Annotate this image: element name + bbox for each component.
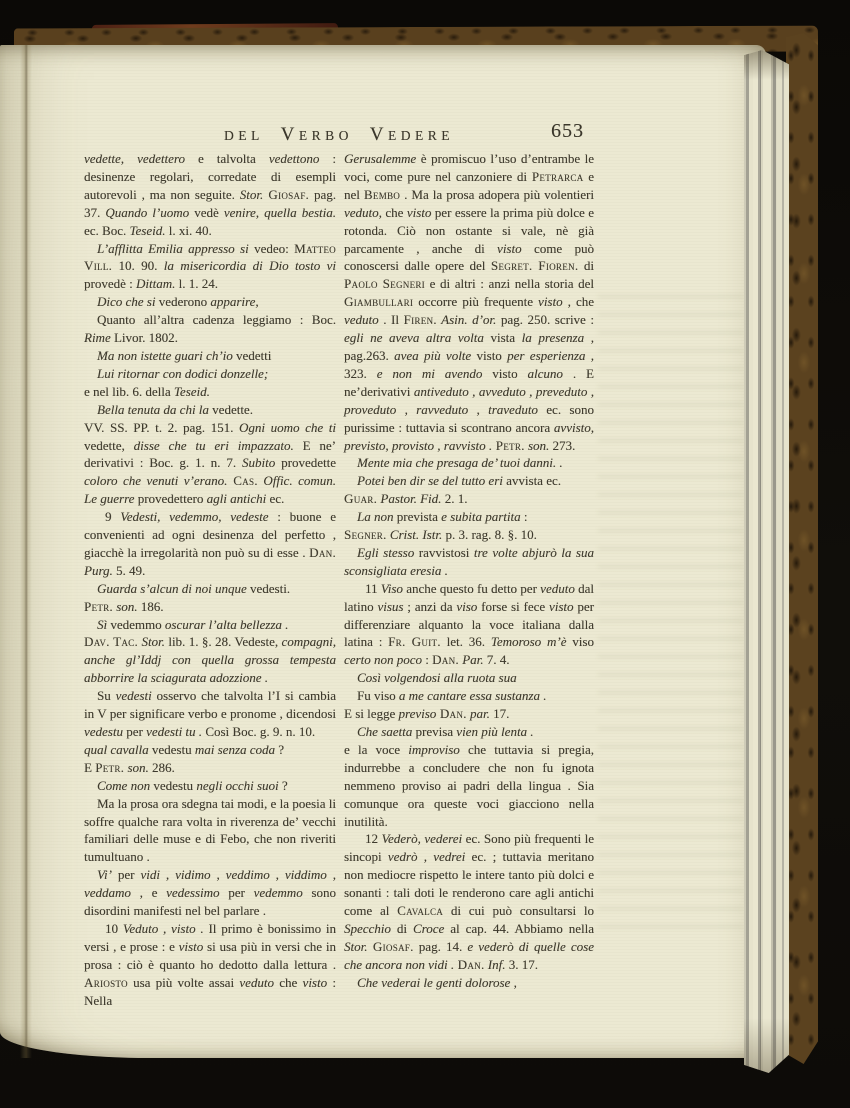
- text-segment: Segner.: [344, 527, 387, 542]
- text-segment: disse che tu eri impazzato.: [134, 438, 294, 453]
- text-segment: Dan.: [454, 957, 484, 972]
- text-segment: Così Boc. g. 9. n. 10.: [202, 724, 315, 739]
- text-segment: occorre più frequente: [413, 294, 538, 309]
- text-segment: Fu viso: [357, 688, 399, 703]
- text-segment: negli occhi suoi: [196, 778, 278, 793]
- text-segment: visto: [303, 975, 328, 990]
- text-segment: avvista ec.: [503, 473, 561, 488]
- text-segment: alcuno: [528, 366, 563, 381]
- paragraph: Potei ben dir se del tutto eri avvista e…: [344, 472, 594, 490]
- text-segment: Specchio: [344, 921, 391, 936]
- text-segment: Par.: [459, 652, 484, 667]
- text-segment: Croce: [413, 921, 444, 936]
- paragraph: Su vedesti osservo che talvolta l’I si c…: [84, 687, 336, 741]
- paragraph: E si legge previso Dan. par. 17.: [344, 705, 594, 723]
- page-number: 653: [551, 123, 584, 141]
- column-left: vedette, vedettero e talvolta vedettono …: [84, 150, 336, 1010]
- running-head: DEL VERBO VEDERE: [84, 126, 594, 145]
- text-segment: Sì: [97, 617, 107, 632]
- text-segment: 7. 4.: [484, 652, 510, 667]
- text-segment: . Il: [379, 312, 404, 327]
- text-segment: pag. 250. scrive :: [496, 312, 594, 327]
- text-segment: Lui ritornar con dodici donzelle;: [97, 366, 268, 381]
- text-segment: Viso: [381, 581, 403, 596]
- text-segment: l. xi. 40.: [165, 223, 211, 238]
- text-segment: per: [220, 885, 254, 900]
- text-segment: Temoroso m’è: [491, 634, 567, 649]
- running-head-word: VEDERE: [370, 126, 454, 145]
- text-segment: provedè :: [84, 276, 136, 291]
- text-segment: prevista: [393, 509, 441, 524]
- text-segment: Gerusalemme: [344, 151, 416, 166]
- text-segment: p. 3. rag. 8. §. 10.: [442, 527, 537, 542]
- paragraph: 10 Veduto , visto . Il primo è bonissimo…: [84, 920, 336, 1010]
- paragraph: Guarda s’alcun di noi unque vedesti.: [84, 580, 336, 598]
- paragraph: 11 Viso anche questo fu detto per veduto…: [344, 580, 594, 670]
- text-segment: Rime: [84, 330, 111, 345]
- text-segment: e talvolta: [185, 151, 269, 166]
- text-segment: Fr. Guit.: [388, 634, 441, 649]
- text-segment: vedeo:: [249, 241, 294, 256]
- text-segment: vedestu: [149, 742, 195, 757]
- text-segment: Che vederai le genti dolorose ,: [357, 975, 517, 990]
- printed-text-block: DEL VERBO VEDERE 653 vedette, vedettero …: [84, 126, 594, 145]
- text-segment: Vedesti, vedemmo, vedeste: [120, 509, 268, 524]
- text-segment: 17.: [490, 706, 510, 721]
- text-segment: son.: [113, 599, 138, 614]
- text-segment: Potei ben dir se del tutto eri: [357, 473, 503, 488]
- text-segment: Subito: [242, 455, 275, 470]
- paragraph: Che vederai le genti dolorose ,: [344, 974, 594, 992]
- text-segment: vedemmo: [107, 617, 165, 632]
- text-segment: :: [422, 652, 432, 667]
- text-segment: che: [382, 205, 407, 220]
- text-segment: pag.263.: [344, 348, 394, 363]
- text-segment: visto ,: [538, 294, 571, 309]
- paragraph: Petr. son. 186.: [84, 598, 336, 616]
- text-segment: forse si fece: [477, 599, 549, 614]
- text-segment: Così volgendosi alla ruota sua: [357, 670, 517, 685]
- text-segment: Giosaf.: [367, 939, 413, 954]
- book-cover-right-edge: [786, 33, 818, 1064]
- text-segment: . Ma la prosa adopera più volentieri: [400, 187, 594, 202]
- text-segment: Firen.: [404, 312, 437, 327]
- text-segment: Bembo: [364, 187, 400, 202]
- text-segment: apparire,: [210, 294, 258, 309]
- text-segment: vederono: [155, 294, 210, 309]
- text-segment: Dav. Tac.: [84, 634, 138, 649]
- text-segment: :: [521, 509, 528, 524]
- text-segment: mai senza coda: [195, 742, 275, 757]
- text-segment: Petr.: [95, 760, 124, 775]
- text-segment: Stor.: [240, 187, 263, 202]
- text-segment: Paolo Segneri: [344, 276, 425, 291]
- paragraph: Fu viso a me cantare essa sustanza .: [344, 687, 594, 705]
- paragraph: Che saetta previsa vien più lenta .: [344, 723, 594, 741]
- text-segment: Livor. 1802.: [111, 330, 178, 345]
- text-segment: Crist. Istr.: [387, 527, 443, 542]
- text-segment: Teseid.: [174, 384, 210, 399]
- paragraph: Segner. Crist. Istr. p. 3. rag. 8. §. 10…: [344, 526, 594, 544]
- text-segment: Vi’: [97, 867, 112, 882]
- text-segment: per: [123, 724, 146, 739]
- text-segment: vedetti: [233, 348, 272, 363]
- paragraph: Quanto all’altra cadenza leggiamo : Boc.…: [84, 311, 336, 347]
- text-segment: vedesti: [116, 688, 152, 703]
- gutter-crease: [20, 45, 32, 1058]
- text-segment: Giambullari: [344, 294, 413, 309]
- text-segment: vedette, vedettero: [84, 151, 185, 166]
- text-segment: vista: [484, 330, 522, 345]
- paragraph: e nel lib. 6. della Teseid.: [84, 383, 336, 401]
- paragraph: Vi’ per vidi , vidimo , veddimo , viddim…: [84, 866, 336, 920]
- text-segment: di: [391, 921, 413, 936]
- text-segment: Stor.: [344, 939, 367, 954]
- paragraph: qual cavalla vedestu mai senza coda ?: [84, 741, 336, 759]
- text-segment: per: [112, 867, 141, 882]
- paragraph: Mente mia che presaga de’ tuoi danni. .: [344, 454, 594, 472]
- text-segment: 3. 17.: [505, 957, 538, 972]
- text-segment: Quando l’uomo: [105, 205, 189, 220]
- running-head-word: DEL: [224, 127, 264, 145]
- text-segment: 10: [105, 921, 123, 936]
- paragraph: Così volgendosi alla ruota sua: [344, 669, 594, 687]
- text-segment: visto: [471, 348, 507, 363]
- text-segment: ravvistosi: [414, 545, 474, 560]
- text-segment: Cavalca: [397, 903, 443, 918]
- text-segment: Egli stesso: [357, 545, 414, 560]
- text-segment: vedestu: [150, 778, 196, 793]
- text-segment: par.: [467, 706, 490, 721]
- text-segment: Stor.: [138, 634, 165, 649]
- paragraph: vedette, vedettero e talvolta vedettono …: [84, 150, 336, 240]
- text-segment: Veduto , visto .: [123, 921, 204, 936]
- text-segment: a me cantare essa sustanza .: [399, 688, 547, 703]
- text-segment: 12: [365, 831, 382, 846]
- text-segment: qual cavalla: [84, 742, 149, 757]
- text-segment: 286.: [149, 760, 175, 775]
- text-segment: Guarda s’alcun di noi unque: [97, 581, 247, 596]
- text-segment: Purg.: [84, 563, 113, 578]
- text-segment: 9: [105, 509, 120, 524]
- text-segment: Segret. Fioren.: [491, 258, 578, 273]
- text-segment: Pastor. Fid.: [377, 491, 441, 506]
- text-segment: ?: [279, 778, 288, 793]
- text-segment: Quanto all’altra cadenza leggiamo : Boc.: [97, 312, 336, 327]
- text-segment: oscurar l’alta bellezza .: [165, 617, 289, 632]
- text-segment: vedette.: [209, 402, 253, 417]
- text-segment: vedrò , vedrei: [388, 849, 465, 864]
- text-segment: Giosaf.: [263, 187, 309, 202]
- text-segment: certo non poco: [344, 652, 422, 667]
- text-segment: Ogni uomo che ti: [239, 420, 336, 435]
- paragraph: E Petr. son. 286.: [84, 759, 336, 777]
- text-segment: vedette,: [84, 438, 134, 453]
- text-segment: E si legge: [344, 706, 399, 721]
- paragraph: Egli stesso ravvistosi tre volte abjurò …: [344, 544, 594, 580]
- column-right: Gerusalemme è promiscuo l’uso d’entrambe…: [344, 150, 594, 992]
- text-segment: e non mi avendo: [377, 366, 483, 381]
- text-segment: Ma non istette guari ch’io: [97, 348, 233, 363]
- paragraph: Ma la prosa ora sdegna tai modi, e la po…: [84, 795, 336, 867]
- text-segment: 2. 1.: [441, 491, 467, 506]
- text-segment: Dan.: [432, 652, 459, 667]
- text-segment: veduto,: [344, 205, 382, 220]
- text-segment: veduto: [540, 581, 575, 596]
- text-segment: ec. Boc.: [84, 223, 129, 238]
- text-segment: la misericordia di Dio tosto vi: [164, 258, 336, 273]
- text-segment: Vederò, vederei: [382, 831, 463, 846]
- text-segment: ; anzi da: [403, 599, 456, 614]
- paragraph: Bella tenuta da chi la vedette.: [84, 401, 336, 419]
- text-segment: al cap. 44. Abbiamo nella: [444, 921, 594, 936]
- text-segment: Petrarca: [532, 169, 584, 184]
- paragraph: Sì vedemmo oscurar l’alta bellezza .: [84, 616, 336, 634]
- running-head-word: VERBO: [281, 126, 353, 145]
- text-segment: l. 1. 24.: [175, 276, 218, 291]
- text-segment: vedessimo: [166, 885, 219, 900]
- text-segment: let. 36.: [441, 634, 491, 649]
- paragraph: Dav. Tac. Stor. lib. 1. §. 28. Vedeste, …: [84, 633, 336, 687]
- paragraph: Come non vedestu negli occhi suoi ?: [84, 777, 336, 795]
- text-segment: visto: [407, 205, 432, 220]
- page-stack-fore-edge: [744, 50, 789, 1073]
- text-segment: pag. 14.: [414, 939, 468, 954]
- text-segment: provedette: [275, 455, 336, 470]
- text-segment: Dittam.: [136, 276, 175, 291]
- text-segment: previsa: [412, 724, 456, 739]
- text-segment: che: [274, 975, 303, 990]
- text-segment: egli ne aveva altra volta: [344, 330, 484, 345]
- text-segment: e subita partita: [441, 509, 520, 524]
- paragraph: Ma non istette guari ch’io vedetti: [84, 347, 336, 365]
- text-segment: di: [578, 258, 594, 273]
- paragraph: Gerusalemme è promiscuo l’uso d’entrambe…: [344, 150, 594, 454]
- paragraph: La non prevista e subita partita :: [344, 508, 594, 526]
- text-segment: visto: [179, 939, 204, 954]
- text-segment: viso: [566, 634, 594, 649]
- text-segment: per esperienza ,: [507, 348, 594, 363]
- text-segment: improviso: [408, 742, 460, 757]
- text-segment: Mente mia che presaga de’ tuoi danni. .: [357, 455, 563, 470]
- text-segment: Cas.: [227, 473, 257, 488]
- text-segment: vedemmo: [254, 885, 303, 900]
- text-segment: usa più volte assai: [128, 975, 240, 990]
- text-segment: Ariosto: [84, 975, 128, 990]
- paragraph: e la voce improviso che tuttavia si preg…: [344, 741, 594, 831]
- paragraph: VV. SS. PP. t. 2. pag. 151. Ogni uomo ch…: [84, 419, 336, 509]
- text-segment: son.: [124, 760, 149, 775]
- text-segment: Petr.: [84, 599, 113, 614]
- text-segment: son.: [525, 438, 550, 453]
- text-segment: lib. 1. §. 28. Vedeste,: [165, 634, 282, 649]
- paragraph: 9 Vedesti, vedemmo, vedeste : buone e co…: [84, 508, 336, 580]
- text-segment: vien più lenta .: [456, 724, 533, 739]
- text-segment: Petr.: [492, 438, 525, 453]
- text-segment: VV. SS. PP. t. 2. pag. 151.: [84, 420, 239, 435]
- text-segment: coloro che venuti v’erano.: [84, 473, 227, 488]
- text-segment: Dico che si: [97, 294, 155, 309]
- text-segment: 323.: [344, 366, 377, 381]
- text-segment: 5. 49.: [113, 563, 146, 578]
- text-segment: anche questo fu detto per: [403, 581, 540, 596]
- text-segment: Asin. d’or.: [437, 312, 496, 327]
- text-segment: vedestu: [84, 724, 123, 739]
- text-segment: visto: [482, 366, 527, 381]
- text-segment: provedettero: [134, 491, 206, 506]
- text-segment: La non: [357, 509, 393, 524]
- text-segment: Dan.: [309, 545, 336, 560]
- text-segment: veduto: [239, 975, 274, 990]
- show-through-ghost: [598, 295, 743, 935]
- paragraph: L’afflitta Emilia appresso si vedeo: Mat…: [84, 240, 336, 294]
- text-segment: vedesti.: [247, 581, 290, 596]
- text-segment: 11: [365, 581, 381, 596]
- text-segment: Ma la prosa ora sdegna tai modi, e la po…: [84, 796, 336, 865]
- book-photo-scene: DEL VERBO VEDERE 653 vedette, vedettero …: [0, 0, 850, 1108]
- text-segment: che: [571, 294, 594, 309]
- text-segment: e: [143, 885, 166, 900]
- text-segment: ?: [275, 742, 284, 757]
- text-segment: e di altri : anzi nella storia del: [425, 276, 594, 291]
- text-segment: Su: [97, 688, 116, 703]
- text-segment: visto: [549, 599, 574, 614]
- text-segment: 186.: [138, 599, 164, 614]
- text-segment: L’afflitta Emilia appresso si: [97, 241, 249, 256]
- text-segment: Dan.: [436, 706, 466, 721]
- text-segment: Come non: [97, 778, 150, 793]
- text-segment: veduto: [344, 312, 379, 327]
- text-segment: avea più volte: [394, 348, 471, 363]
- text-segment: di cui può consultarsi lo: [443, 903, 594, 918]
- text-segment: vedè: [189, 205, 224, 220]
- text-segment: 273.: [549, 438, 575, 453]
- paragraph: Dico che si vederono apparire,: [84, 293, 336, 311]
- text-segment: 10. 90.: [112, 258, 164, 273]
- text-segment: Inf.: [485, 957, 506, 972]
- text-segment: ec.: [266, 491, 284, 506]
- text-segment: Guar.: [344, 491, 377, 506]
- paragraph: Guar. Pastor. Fid. 2. 1.: [344, 490, 594, 508]
- text-segment: visus: [377, 599, 403, 614]
- text-segment: e nel lib. 6. della: [84, 384, 174, 399]
- text-segment: vedesti tu .: [146, 724, 202, 739]
- text-segment: viso: [456, 599, 477, 614]
- text-segment: previso: [399, 706, 437, 721]
- text-segment: Bella tenuta da chi la: [97, 402, 209, 417]
- paragraph: Lui ritornar con dodici donzelle;: [84, 365, 336, 383]
- text-segment: venire, quella bestia.: [224, 205, 336, 220]
- text-segment: e la voce: [344, 742, 408, 757]
- text-segment: E: [84, 760, 95, 775]
- paragraph: 12 Vederò, vederei ec. Sono più frequent…: [344, 830, 594, 973]
- text-segment: vedettono: [269, 151, 320, 166]
- text-segment: agli antichi: [207, 491, 267, 506]
- text-segment: Teseid.: [129, 223, 165, 238]
- text-segment: la presenza ,: [522, 330, 594, 345]
- text-segment: Che saetta: [357, 724, 412, 739]
- text-segment: visto: [497, 241, 522, 256]
